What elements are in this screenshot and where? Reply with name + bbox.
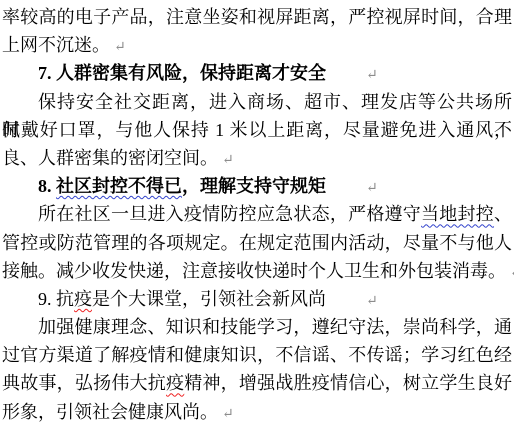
- text-segment: ，理解支持守规矩: [182, 176, 326, 196]
- paragraph-mark-icon: ↵: [218, 147, 222, 175]
- document-page[interactable]: 率较高的电子产品，注意坐姿和视屏距离，严控视屏时间，合理上网不沉迷。↵7. 人群…: [0, 0, 514, 426]
- text-line: 良、人群密集的密闭空间。↵: [2, 144, 512, 172]
- text-line: 管控或防范管理的各项规定。在规定范围内活动，尽量不与他人: [2, 229, 512, 257]
- text-segment: 管控或防范管理的各项规定。在规定范围内活动，尽量不与他人: [2, 233, 512, 253]
- paragraph-mark-icon: ↵: [110, 34, 114, 62]
- paragraph-mark-icon: ↵: [326, 288, 330, 316]
- paragraph-mark-icon: ↵: [326, 175, 330, 203]
- text-segment: 7. 人群密集有风险，保持距离才安全: [38, 63, 326, 83]
- text-line: 7. 人群密集有风险，保持距离才安全↵: [2, 59, 512, 87]
- text-segment: 所在社区一旦进入疫情防控应急状态，严格遵守: [38, 204, 421, 224]
- text-line: 保持安全社交距离，进入商场、超市、理发店等公共场所时，: [2, 88, 512, 116]
- text-segment: 加强健康理念、知识和技能学习，遵纪守法，崇尚科学，通: [38, 317, 512, 337]
- text-line: 接触。减少收发快递，注意接收快递时个人卫生和外包装消毒。↵: [2, 257, 512, 285]
- text-segment: 形象，引领社会健康风尚。: [2, 402, 218, 422]
- text-segment: 是个大课堂，引领社会新风尚: [92, 289, 326, 309]
- text-segment: 典故事，弘扬伟大抗: [2, 373, 166, 393]
- text-segment: 率较高的电子产品，注意坐姿和视屏距离，严控视屏时间，合理: [2, 7, 512, 27]
- text-line: 所在社区一旦进入疫情防控应急状态，严格遵守当地封控、: [2, 200, 512, 228]
- text-segment: 过官方渠道了解疫情和健康知识，不信谣、不传谣；学习红色经: [2, 345, 512, 365]
- text-segment: 良、人群密集的密闭空间。: [2, 148, 218, 168]
- text-segment: 9. 抗: [38, 289, 74, 309]
- text-line: 8. 社区封控不得已，理解支持守规矩↵: [2, 172, 512, 200]
- text-segment: 佩戴好口罩，与他人保持 1 米以上距离，尽量避免进入通风不: [2, 120, 512, 140]
- text-line: 过官方渠道了解疫情和健康知识，不信谣、不传谣；学习红色经: [2, 341, 512, 369]
- text-line: 形象，引领社会健康风尚。↵: [2, 398, 512, 426]
- text-segment: 接触。减少收发快递，注意接收快递时个人卫生和外包装消毒。: [2, 261, 506, 281]
- grammar-squiggle-text: 当地封控: [421, 204, 494, 224]
- paragraph-mark-icon: ↵: [218, 401, 222, 426]
- spelling-squiggle-text: 疫: [166, 373, 184, 393]
- spelling-squiggle-text: 疫: [74, 289, 92, 309]
- paragraph-mark-icon: ↵: [506, 260, 510, 288]
- text-segment: 、: [494, 204, 512, 224]
- text-line: 9. 抗疫是个大课堂，引领社会新风尚↵: [2, 285, 512, 313]
- grammar-squiggle-text: 社区封控不得已: [56, 176, 182, 196]
- text-line: 加强健康理念、知识和技能学习，遵纪守法，崇尚科学，通: [2, 313, 512, 341]
- text-line: 率较高的电子产品，注意坐姿和视屏距离，严控视屏时间，合理: [2, 3, 512, 31]
- text-line: 佩戴好口罩，与他人保持 1 米以上距离，尽量避免进入通风不: [2, 116, 512, 144]
- text-segment: 上网不沉迷。: [2, 35, 110, 55]
- text-line: 典故事，弘扬伟大抗疫精神，增强战胜疫情信心，树立学生良好: [2, 369, 512, 397]
- text-segment: 8.: [38, 176, 56, 196]
- paragraph-mark-icon: ↵: [326, 62, 330, 90]
- text-segment: 精神，增强战胜疫情信心，树立学生良好: [184, 373, 512, 393]
- text-line: 上网不沉迷。↵: [2, 31, 512, 59]
